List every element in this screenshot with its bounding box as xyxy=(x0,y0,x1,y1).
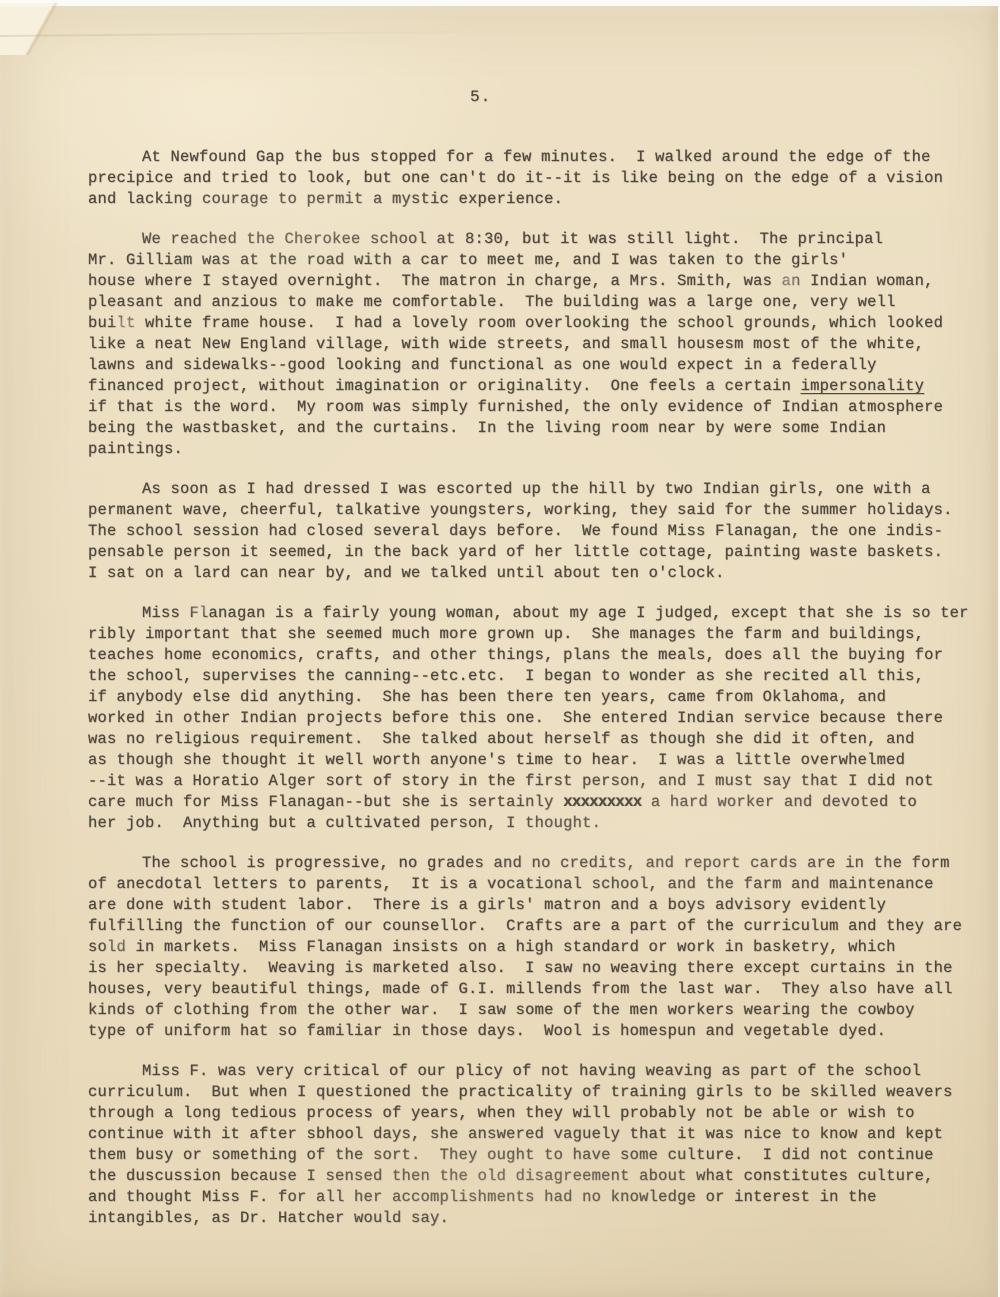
document-body: At Newfound Gap the bus stopped for a fe… xyxy=(88,147,978,1248)
text-line: them busy or something of the sort. They… xyxy=(88,1145,978,1166)
text-line: the school, supervises the canning--etc.… xyxy=(88,666,978,687)
paragraph: As soon as I had dressed I was escorted … xyxy=(88,479,978,584)
text-line: of anecdotal letters to parents, It is a… xyxy=(88,874,978,895)
text-line: Miss Flanagan is a fairly young woman, a… xyxy=(88,603,978,624)
text-line: built white frame house. I had a lovely … xyxy=(88,313,978,334)
text-line: her job. Anything but a cultivated perso… xyxy=(88,813,978,834)
text-line: I sat on a lard can near by, and we talk… xyxy=(88,563,978,584)
text-line: is her specialty. Weaving is marketed al… xyxy=(88,958,978,979)
text-line: house where I stayed overnight. The matr… xyxy=(88,271,978,292)
text-line: We reached the Cherokee school at 8:30, … xyxy=(88,229,978,250)
text-line: curriculum. But when I questioned the pr… xyxy=(88,1082,978,1103)
text-line: The school is progressive, no grades and… xyxy=(88,853,978,874)
text-line: the duscussion because I sensed then the… xyxy=(88,1166,978,1187)
text-line: teaches home economics, crafts, and othe… xyxy=(88,645,978,666)
paper-sheet: 5. At Newfound Gap the bus stopped for a… xyxy=(0,6,998,1297)
text-line: kinds of clothing from the other war. I … xyxy=(88,1000,978,1021)
text-line: if anybody else did anything. She has be… xyxy=(88,687,978,708)
text-line: intangibles, as Dr. Hatcher would say. xyxy=(88,1208,978,1229)
text-line: if that is the word. My room was simply … xyxy=(88,397,978,418)
text-line: lawns and sidewalks--good looking and fu… xyxy=(88,355,978,376)
text-line: are done with student labor. There is a … xyxy=(88,895,978,916)
text-line: pensable person it seemed, in the back y… xyxy=(88,542,978,563)
text-line: was no religious requirement. She talked… xyxy=(88,729,978,750)
typed-over-text: xxxxxxxxx xyxy=(563,793,641,811)
text-line: ribly important that she seemed much mor… xyxy=(88,624,978,645)
paragraph: Miss F. was very critical of our plicy o… xyxy=(88,1061,978,1229)
paragraph: Miss Flanagan is a fairly young woman, a… xyxy=(88,603,978,834)
text-line: fulfilling the function of our counsello… xyxy=(88,916,978,937)
page-number: 5. xyxy=(470,88,491,106)
text-line: At Newfound Gap the bus stopped for a fe… xyxy=(88,147,978,168)
paragraph: The school is progressive, no grades and… xyxy=(88,853,978,1042)
text-line: permanent wave, cheerful, talkative youn… xyxy=(88,500,978,521)
text-line: as though she thought it well worth anyo… xyxy=(88,750,978,771)
text-line: As soon as I had dressed I was escorted … xyxy=(88,479,978,500)
paper-corner-fold xyxy=(0,3,94,55)
scanned-page: 5. At Newfound Gap the bus stopped for a… xyxy=(0,0,1000,1297)
text-line: The school session had closed several da… xyxy=(88,521,978,542)
text-line: care much for Miss Flanagan--but she is … xyxy=(88,792,978,813)
text-line: --it was a Horatio Alger sort of story i… xyxy=(88,771,978,792)
text-line: worked in other Indian projects before t… xyxy=(88,708,978,729)
paragraph: We reached the Cherokee school at 8:30, … xyxy=(88,229,978,460)
text-line: continue with it after sbhool days, she … xyxy=(88,1124,978,1145)
text-line: through a long tedious process of years,… xyxy=(88,1103,978,1124)
text-line: Mr. Gilliam was at the road with a car t… xyxy=(88,250,978,271)
paragraph: At Newfound Gap the bus stopped for a fe… xyxy=(88,147,978,210)
text-line: sold in markets. Miss Flanagan insists o… xyxy=(88,937,978,958)
text-line: and thought Miss F. for all her accompli… xyxy=(88,1187,978,1208)
text-line: Miss F. was very critical of our plicy o… xyxy=(88,1061,978,1082)
text-line: being the wastbasket, and the curtains. … xyxy=(88,418,978,439)
text-line: pleasant and anzious to make me comforta… xyxy=(88,292,978,313)
underlined-word: impersonality xyxy=(801,377,925,395)
text-line: financed project, without imagination or… xyxy=(88,376,978,397)
text-line: precipice and tried to look, but one can… xyxy=(88,168,978,189)
text-line: type of uniform hat so familiar in those… xyxy=(88,1021,978,1042)
text-line: houses, very beautiful things, made of G… xyxy=(88,979,978,1000)
text-line: like a neat New England village, with wi… xyxy=(88,334,978,355)
text-line: paintings. xyxy=(88,439,978,460)
text-line: and lacking courage to permit a mystic e… xyxy=(88,189,978,210)
